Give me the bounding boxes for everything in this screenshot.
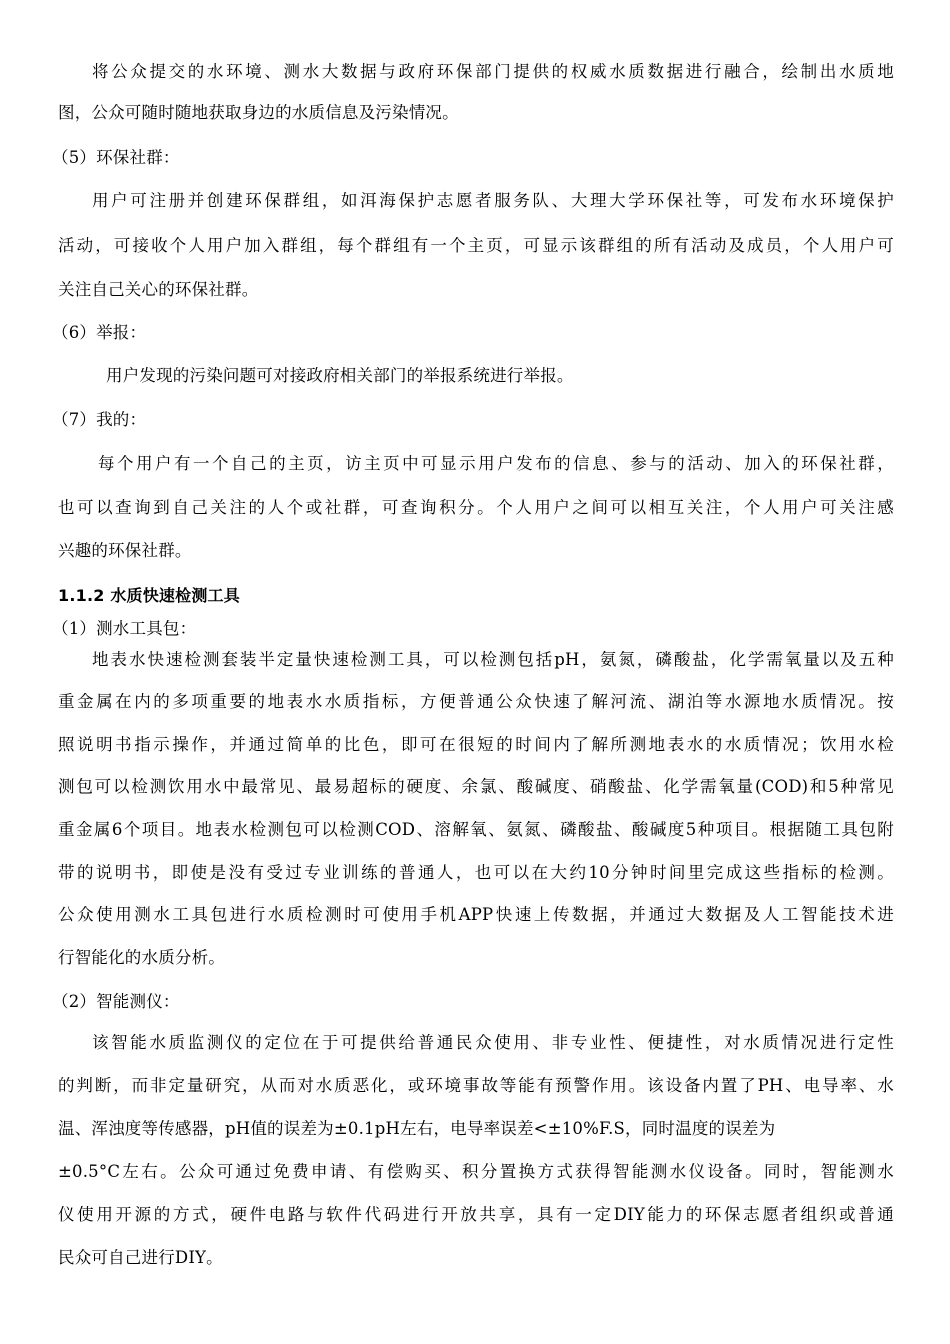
paragraph-line: 活动，可接收个人用户加入群组，每个群组有一个主页，可显示该群组的所有活动及成员，… <box>58 234 894 258</box>
paragraph-line: ±0.5°C左右。公众可通过免费申请、有偿购买、积分置换方式获得智能测水仪设备。… <box>58 1160 894 1184</box>
subsection-title-1: （1）测水工具包： <box>52 617 888 641</box>
paragraph-line: 带的说明书，即使是没有受过专业训练的普通人，也可以在大约10分钟时间里完成这些指… <box>58 861 894 885</box>
paragraph-line: 民众可自己进行DIY。 <box>58 1246 894 1270</box>
paragraph-line: 测包可以检测饮用水中最常见、最易超标的硬度、余氯、酸碱度、硝酸盐、化学需氧量(C… <box>58 775 894 799</box>
section-heading: 1.1.2 水质快速检测工具 <box>58 584 894 608</box>
paragraph-line: 照说明书指示操作，并通过简单的比色，即可在很短的时间内了解所测地表水的水质情况；… <box>58 733 894 757</box>
subsection-title-2: （2）智能测仪： <box>52 990 888 1014</box>
item-title-5: （5）环保社群： <box>52 146 888 170</box>
paragraph-line: 的判断，而非定量研究，从而对水质恶化，或环境事故等能有预警作用。该设备内置了PH… <box>58 1074 894 1098</box>
paragraph-line: 将公众提交的水环境、测水大数据与政府环保部门提供的权威水质数据进行融合，绘制出水… <box>92 60 894 84</box>
paragraph-line: 也可以查询到自己关注的人个或社群，可查询积分。个人用户之间可以相互关注，个人用户… <box>58 496 894 520</box>
paragraph-line: 重金属6个项目。地表水检测包可以检测COD、溶解氧、氨氮、磷酸盐、酸碱度5种项目… <box>58 818 894 842</box>
paragraph-line: 兴趣的环保社群。 <box>58 539 894 563</box>
paragraph-line: 地表水快速检测套装半定量快速检测工具，可以检测包括pH，氨氮，磷酸盐，化学需氧量… <box>92 648 894 672</box>
paragraph-line: 图，公众可随时随地获取身边的水质信息及污染情况。 <box>58 101 894 125</box>
paragraph-line: 仪使用开源的方式，硬件电路与软件代码进行开放共享，具有一定DIY能力的环保志愿者… <box>58 1203 894 1227</box>
item-title-7: （7）我的： <box>52 408 888 432</box>
paragraph-line: 关注自己关心的环保社群。 <box>58 278 894 302</box>
paragraph-line: 用户发现的污染问题可对接政府相关部门的举报系统进行举报。 <box>106 364 942 388</box>
paragraph-line: 每个用户有一个自己的主页，访主页中可显示用户发布的信息、参与的活动、加入的环保社… <box>98 452 894 476</box>
item-title-6: （6）举报： <box>52 321 888 345</box>
paragraph-line: 用户可注册并创建环保群组，如洱海保护志愿者服务队、大理大学环保社等，可发布水环境… <box>92 189 894 213</box>
paragraph-line: 行智能化的水质分析。 <box>58 946 894 970</box>
paragraph-line: 该智能水质监测仪的定位在于可提供给普通民众使用、非专业性、便捷性，对水质情况进行… <box>92 1031 894 1055</box>
document-page: 将公众提交的水环境、测水大数据与政府环保部门提供的权威水质数据进行融合，绘制出水… <box>0 0 950 1344</box>
paragraph-line: 重金属在内的多项重要的地表水水质指标，方便普通公众快速了解河流、湖泊等水源地水质… <box>58 690 894 714</box>
paragraph-line: 公众使用测水工具包进行水质检测时可使用手机APP快速上传数据，并通过大数据及人工… <box>58 903 894 927</box>
paragraph-line: 温、浑浊度等传感器，pH值的误差为±0.1pH左右，电导率误差<±10%F.S，… <box>58 1117 894 1141</box>
